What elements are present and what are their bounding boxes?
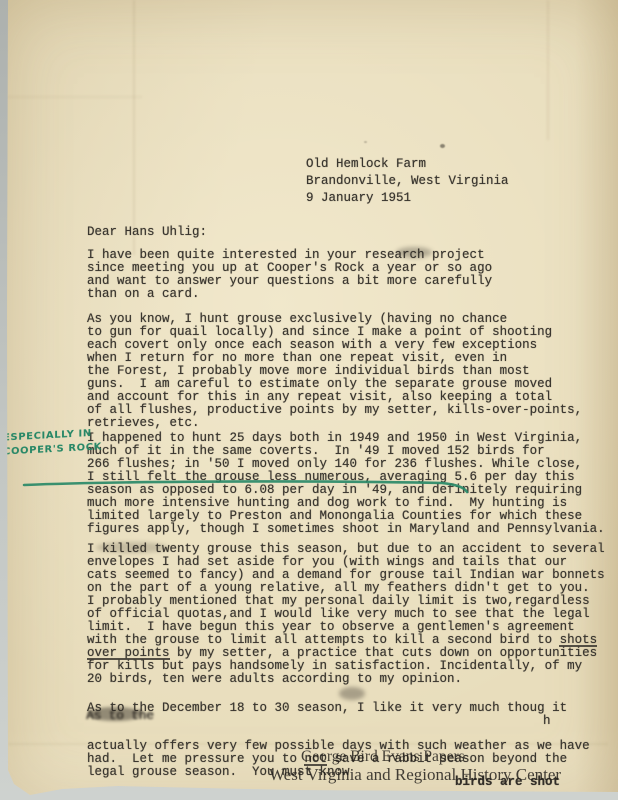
ink-blot-strikeout xyxy=(88,707,142,721)
salutation: Dear Hans Uhlig: xyxy=(87,226,207,239)
paragraph-hunting-method: As you know, I hunt grouse exclusively (… xyxy=(87,313,582,430)
paragraph-daily-limit: I probably mentioned that my personal da… xyxy=(87,595,597,686)
ink-smudge-overstrike xyxy=(96,542,168,553)
ink-speck-small xyxy=(364,141,367,143)
typed-underline-over-points xyxy=(87,658,170,660)
letter-paper: Old Hemlock Farm Brandonville, West Virg… xyxy=(0,0,618,800)
ink-smudge-research xyxy=(396,247,432,258)
ink-smudge-opinion xyxy=(339,687,365,700)
watermark-line-1: George Bird Evans Papers xyxy=(301,748,465,766)
watermark-line-2: West Virginia and Regional History Cente… xyxy=(269,765,561,785)
typed-underline-shots xyxy=(559,645,597,647)
paragraph-feathers: I killed twenty grouse this season, but … xyxy=(87,543,605,595)
paragraph-december-season-line: As to the December 18 to 30 season, I li… xyxy=(87,702,567,715)
paragraph-interest: I have been quite interested in your res… xyxy=(87,249,492,301)
scan-background: Old Hemlock Farm Brandonville, West Virg… xyxy=(0,0,618,800)
paper-crease-vertical-right xyxy=(547,0,549,140)
margin-note: ESPECIALLY IN COOPER'S ROCK xyxy=(3,426,103,459)
sender-address-block: Old Hemlock Farm Brandonville, West Virg… xyxy=(306,156,509,207)
inserted-letter-h: h xyxy=(543,715,551,728)
paper-crease-horizontal-top xyxy=(7,96,142,98)
ink-speck xyxy=(440,144,445,148)
paper-crease-vertical-left xyxy=(133,0,135,255)
paragraph-season-counts: I happened to hunt 25 days both in 1949 … xyxy=(87,432,605,536)
